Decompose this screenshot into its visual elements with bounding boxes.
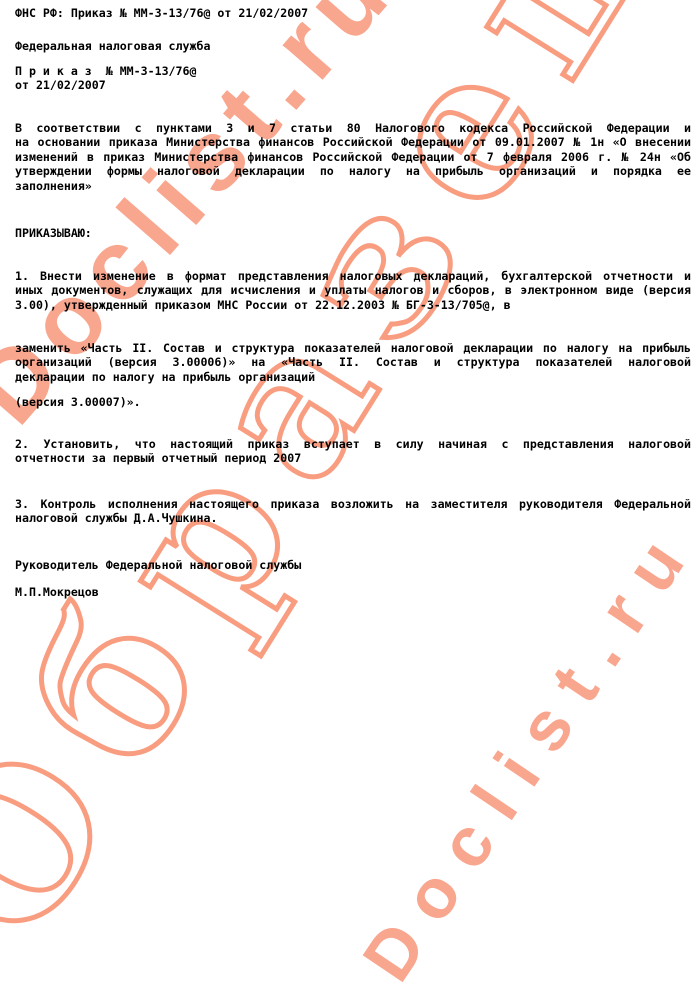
order-item-3: 3. Контроль исполнения настоящего приказ… (15, 497, 691, 526)
header-reference: ФНС РФ: Приказ № ММ-3-13/76@ от 21/02/20… (15, 6, 691, 20)
item1-line: 1. Внести изменение в формат представлен… (15, 269, 691, 283)
item1-line: 3.00), утвержденный приказом МНС России … (15, 298, 691, 312)
order-item-2: 2. Установить, что настоящий приказ всту… (15, 437, 691, 466)
document-page: Образец Doclist.ru Doclist.ru ФНС РФ: Пр… (0, 0, 700, 1000)
preamble-line: заполнения» (15, 179, 691, 193)
agency-name: Федеральная налоговая служба (15, 39, 691, 53)
order-title-block: П р и к а з № ММ-3-13/76@ от 21/02/2007 (15, 64, 691, 93)
signature-name-block: М.П.Мокрецов (15, 585, 691, 599)
preamble-paragraph: В соответствии с пунктами 3 и 7 статьи 8… (15, 121, 691, 193)
document-text-layer: ФНС РФ: Приказ № ММ-3-13/76@ от 21/02/20… (0, 0, 700, 1000)
order-item-1-version: (версия 3.00007)». (15, 395, 691, 409)
item2-line: отчетности за первый отчетный период 200… (15, 451, 691, 465)
order-date: от 21/02/2007 (15, 78, 691, 92)
order-title: П р и к а з № ММ-3-13/76@ (15, 64, 691, 78)
resolve-heading-text: ПРИКАЗЫВАЮ: (15, 226, 691, 240)
signature-title-block: Руководитель Федеральной налоговой служб… (15, 558, 691, 572)
signature-name: М.П.Мокрецов (15, 585, 691, 599)
order-item-1: 1. Внести изменение в формат представлен… (15, 269, 691, 312)
order-item-1-replacement: заменить «Часть II. Состав и структура п… (15, 341, 691, 384)
issuing-agency: Федеральная налоговая служба (15, 39, 691, 53)
preamble-line: на основании приказа Министерства финанс… (15, 135, 691, 149)
resolve-heading: ПРИКАЗЫВАЮ: (15, 226, 691, 240)
item3-line: налоговой службы Д.А.Чушкина. (15, 511, 691, 525)
document-header-line: ФНС РФ: Приказ № ММ-3-13/76@ от 21/02/20… (15, 6, 691, 20)
preamble-line: изменений в приказ Министерства финансов… (15, 150, 691, 164)
item1-line: иных документов, служащих для исчисления… (15, 283, 691, 297)
signature-title: Руководитель Федеральной налоговой служб… (15, 558, 691, 572)
item1-replacement-line: заменить «Часть II. Состав и структура п… (15, 341, 691, 355)
preamble-line: утверждении формы налоговой декларации п… (15, 164, 691, 178)
preamble-line: В соответствии с пунктами 3 и 7 статьи 8… (15, 121, 691, 135)
item3-line: 3. Контроль исполнения настоящего приказ… (15, 497, 691, 511)
item1-version-line: (версия 3.00007)». (15, 395, 691, 409)
item1-replacement-line: организаций (версия 3.00006)» на «Часть … (15, 355, 691, 369)
item2-line: 2. Установить, что настоящий приказ всту… (15, 437, 691, 451)
item1-replacement-line: декларации по налогу на прибыль организа… (15, 370, 691, 384)
